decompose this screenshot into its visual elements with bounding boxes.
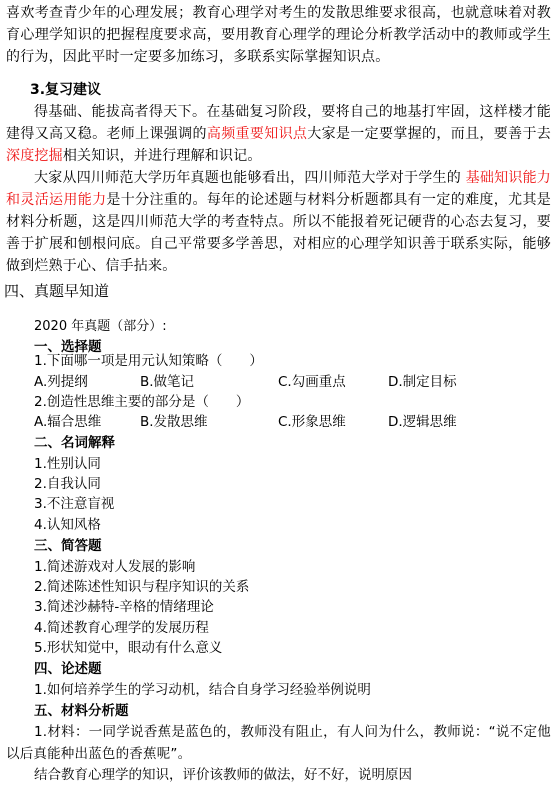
short-answer-item-2: 2.简述陈述性知识与程序知识的关系 [34,577,249,597]
option-a: A.辐合思维 [34,412,101,432]
option-a: A.列提纲 [34,372,88,392]
option-c: C.勾画重点 [278,372,346,392]
review-p1-text-b: 大家是一定要掌握的，而且，要善于去 [307,126,551,142]
essay-item-1: 1.如何培养学生的学习动机，结合自身学习经验举例说明 [34,680,371,700]
short-answer-item-1: 1.简述游戏对人发展的影响 [34,557,195,577]
review-paragraph-2: 大家从四川师范大学历年真题也能够看出，四川师范大学对于学生的 基础知识能力和灵活… [6,167,551,277]
review-p2-text-a: 大家从四川师范大学历年真题也能够看出，四川师范大学对于学生的 [34,170,466,186]
choice-question-1: 1.下面哪一项是用元认知策略（ ） [34,351,263,371]
terms-item-3: 3.不注意盲视 [34,494,114,514]
highlight-deep-dig: 深度挖掘 [6,148,63,164]
short-answer-heading: 三、简答题 [34,536,102,556]
exam-section-heading: 四、真题早知道 [4,280,109,302]
material-text: 1.材料：一同学说香蕉是蓝色的，教师没有阻止，有人问为什么，教师说：“说不定他以… [6,721,551,765]
option-b: B.做笔记 [140,372,194,392]
review-paragraph-1: 得基础、能拔高者得天下。在基础复习阶段，要将自己的地基打牢固，这样楼才能建得又高… [6,101,551,167]
short-answer-item-5: 5.形状知觉中，眼动有什么意义 [34,638,222,658]
material-heading: 五、材料分析题 [34,701,129,721]
option-d: D.制定目标 [388,372,457,392]
material-question: 结合教育心理学的知识，评价该教师的做法，好不好，说明原因 [34,765,412,785]
exam-year-label: 2020 年真题（部分）: [34,317,167,337]
review-p1-text-c: 相关知识，并进行理解和识记。 [63,148,262,164]
terms-heading: 二、名词解释 [34,433,115,453]
short-answer-item-3: 3.简述沙赫特-辛格的情绪理论 [34,597,214,617]
terms-item-1: 1.性别认同 [34,454,101,474]
choice-question-2: 2.创造性思维主要的部分是（ ） [34,392,249,412]
short-answer-item-4: 4.简述教育心理学的发展历程 [34,618,209,638]
option-d: D.逻辑思维 [388,412,457,432]
option-c: C.形象思维 [278,412,346,432]
highlight-key-points: 高频重要知识点 [207,126,307,142]
terms-item-2: 2.自我认同 [34,474,101,494]
intro-paragraph: 喜欢考查青少年的心理发展；教育心理学对考生的发散思维要求很高，也就意味着对教育心… [6,2,551,68]
option-b: B.发散思维 [140,412,208,432]
terms-item-4: 4.认知风格 [34,515,101,535]
essay-heading: 四、论述题 [34,659,102,679]
review-heading: 3.复习建议 [30,79,101,101]
